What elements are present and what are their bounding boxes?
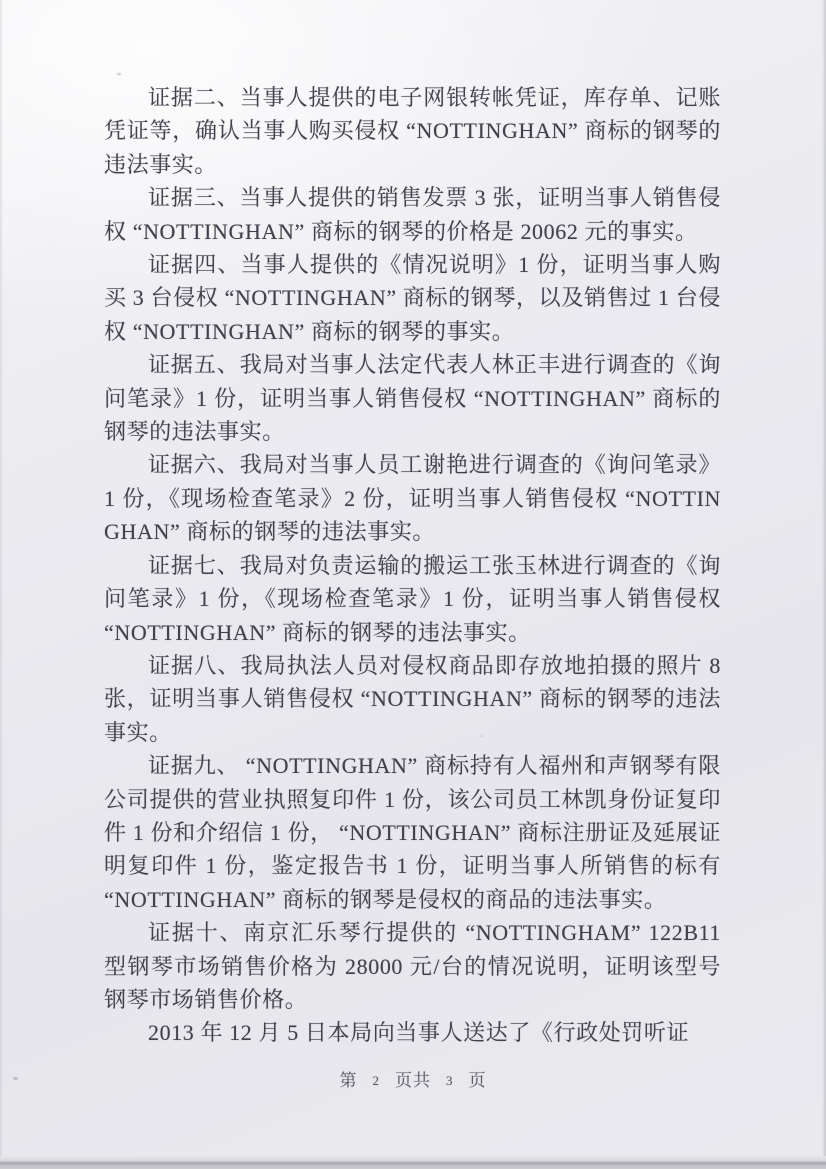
scan-speck: [480, 735, 483, 737]
paragraph-evidence-6: 证据六、我局对当事人员工谢艳进行调查的《询问笔录》1 份，《现场检查笔录》2 份…: [104, 448, 721, 548]
page-number-prefix: 第: [340, 1071, 358, 1090]
paragraph-evidence-4: 证据四、当事人提供的《情况说明》1 份，证明当事人购买 3 台侵权 “NOTTI…: [104, 248, 721, 348]
paragraph-evidence-7: 证据七、我局对负责运输的搬运工张玉林进行调查的《询问笔录》1 份，《现场检查笔录…: [104, 549, 721, 649]
scan-edge-shadow-right: [822, 0, 826, 1169]
paragraph-service-notice: 2013 年 12 月 5 日本局向当事人送达了《行政处罚听证: [104, 1016, 721, 1049]
paragraph-evidence-9: 证据九、 “NOTTINGHAN” 商标持有人福州和声钢琴有限公司提供的营业执照…: [104, 749, 721, 916]
paragraph-evidence-8: 证据八、我局执法人员对侵权商品即存放地拍摄的照片 8 张，证明当事人销售侵权 “…: [104, 649, 721, 749]
total-page-number: 3: [446, 1073, 454, 1088]
body-text: 证据二、当事人提供的电子网银转帐凭证，库存单、记账凭证等，确认当事人购买侵权 “…: [104, 81, 721, 1050]
scan-speck: [13, 1077, 18, 1080]
paragraph-evidence-2: 证据二、当事人提供的电子网银转帐凭证，库存单、记账凭证等，确认当事人购买侵权 “…: [104, 81, 721, 181]
page-footer: 第2页共3页: [0, 1066, 826, 1091]
paragraph-evidence-10: 证据十、南京汇乐琴行提供的 “NOTTINGHAM” 122B11 型钢琴市场销…: [104, 916, 721, 1016]
current-page-number: 2: [373, 1073, 381, 1088]
scan-edge-shadow-left: [0, 0, 3, 1169]
page-number-suffix: 页: [469, 1071, 487, 1090]
paragraph-evidence-3: 证据三、当事人提供的销售发票 3 张，证明当事人销售侵权 “NOTTINGHAN…: [104, 181, 721, 248]
scan-speck: [117, 73, 121, 75]
page-number-middle: 页共: [395, 1071, 431, 1090]
paragraph-evidence-5: 证据五、我局对当事人法定代表人林正丰进行调查的《询问笔录》1 份，证明当事人销售…: [104, 348, 721, 448]
scan-edge-shadow-bottom: [0, 1156, 826, 1169]
